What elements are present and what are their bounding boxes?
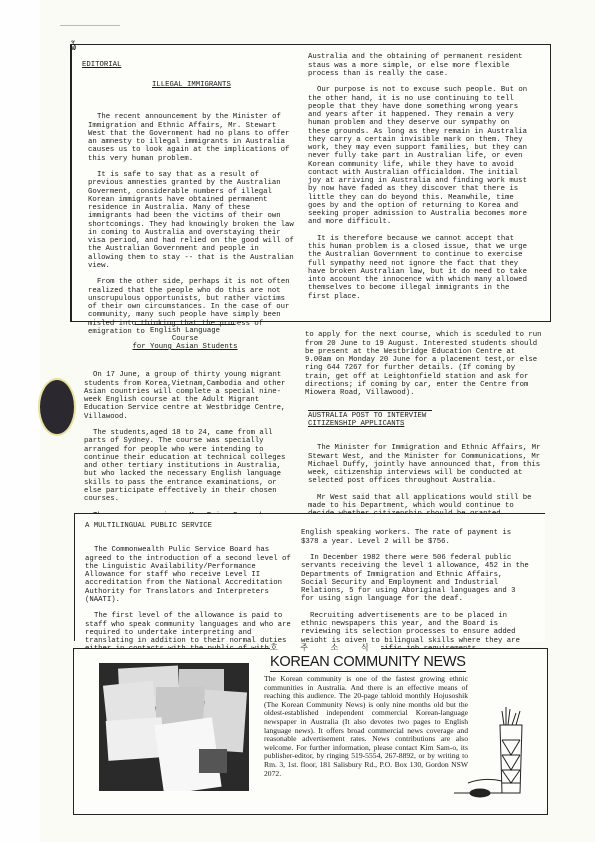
- top-rule: [60, 25, 120, 26]
- australia-post-article: AUSTRALIA POST TO INTERVIEW CITIZENSHIP …: [308, 410, 544, 527]
- article-title: English Language Course: [135, 324, 235, 343]
- newspaper-collage-photo: [99, 663, 249, 791]
- article-title: AUSTRALIA POST TO INTERVIEW: [308, 410, 432, 420]
- hangul-heading: 호 주 소 식: [270, 642, 381, 653]
- page-left-margin: [0, 0, 40, 842]
- public-service-box: A MULTILINGUAL PUBLIC SERVICE The Common…: [74, 513, 545, 641]
- brush-holder-illustration: [454, 705, 544, 805]
- article-title: A MULTILINGUAL PUBLIC SERVICE: [85, 522, 212, 530]
- advert-body: The Korean community is one of the faste…: [264, 675, 468, 778]
- paragraph: It is therefore because we cannot accept…: [308, 235, 532, 301]
- corner-mark: ὦ: [70, 43, 76, 54]
- paragraph: In December 1982 there were 506 federal …: [301, 554, 533, 604]
- editorial-box: ὦ EDITORIAL ILLEGAL IMMIGRANTS The recen…: [70, 44, 551, 322]
- english-course-article: English Language Course for Young Asian …: [72, 324, 298, 545]
- advert-title: KOREAN COMMUNITY NEWS: [270, 654, 466, 672]
- article-title: ILLEGAL IMMIGRANTS: [152, 81, 231, 89]
- public-service-col-2: English speaking workers. The rate of pa…: [301, 521, 533, 661]
- paragraph: On 17 June, a group of thirty young migr…: [84, 371, 298, 421]
- section-label: EDITORIAL: [82, 61, 121, 69]
- paragraph: English speaking workers. The rate of pa…: [301, 529, 533, 546]
- paragraph: It is safe to say that as a result of pr…: [88, 171, 296, 270]
- paragraph: Our purpose is not to excuse such people…: [308, 86, 532, 226]
- advert-box: 호 주 소 식 KOREAN COMMUNITY NEWS The Korean…: [73, 648, 548, 815]
- paragraph: The Minister for Immigration and Ethnic …: [308, 444, 544, 485]
- paragraph: The students,aged 18 to 24, came from al…: [84, 429, 298, 503]
- paragraph: The Commonwealth Pulic Service Board has…: [85, 546, 293, 604]
- paragraph: The recent announcement by the Minister …: [88, 113, 296, 163]
- editorial-col-2: Australia and the obtaining of permanent…: [308, 45, 532, 309]
- paragraph: to apply for the next course, which is s…: [305, 331, 543, 397]
- editorial-col-1: The recent announcement by the Minister …: [88, 105, 296, 344]
- paragraph: Australia and the obtaining of permanent…: [308, 53, 532, 78]
- punch-hole: [38, 378, 76, 436]
- english-course-continued: to apply for the next course, which is s…: [305, 323, 543, 406]
